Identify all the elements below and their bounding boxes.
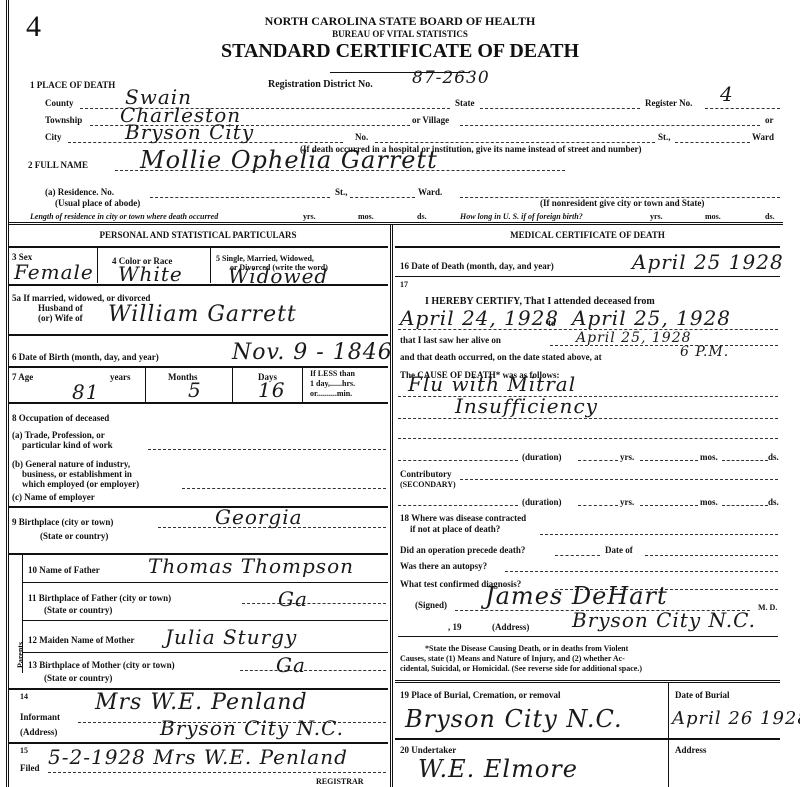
burial-place-value: Bryson City N.C.	[405, 705, 623, 733]
abode-label: (Usual place of abode)	[55, 198, 140, 208]
physician-address: Bryson City N.C.	[572, 608, 756, 632]
mother-name-value: Julia Sturgy	[165, 625, 297, 649]
state-label: State	[455, 98, 475, 108]
left-border	[6, 0, 9, 787]
length-residence-label: Length of residence in city or town wher…	[30, 212, 218, 221]
column-divider	[390, 225, 393, 787]
village-label: or Village	[412, 115, 449, 125]
date-of-death-value: April 25 1928	[632, 250, 784, 274]
medical-section-title: MEDICAL CERTIFICATE OF DEATH	[395, 230, 780, 240]
foreign-birth-label: How long in U. S. if of foreign birth?	[460, 212, 583, 221]
spouse-value: William Garrett	[108, 302, 297, 327]
age-days-value: 16	[258, 378, 285, 402]
st-label: St.,	[658, 132, 671, 142]
full-name-value: Mollie Ophelia Garrett	[140, 146, 438, 174]
filed-value: 5-2-1928 Mrs W.E. Penland	[48, 745, 348, 769]
certificate-title: STANDARD CERTIFICATE OF DEATH	[180, 40, 620, 63]
residence-ward-label: Ward.	[418, 187, 442, 197]
place-of-death-label: 1 PLACE OF DEATH	[30, 80, 115, 90]
residence-label: (a) Residence. No.	[45, 187, 114, 197]
undertaker-value: W.E. Elmore	[418, 755, 578, 783]
occupation-label: 8 Occupation of deceased	[12, 413, 109, 423]
race-value: White	[118, 262, 183, 286]
city-label: City	[45, 132, 62, 142]
township-label: Township	[45, 115, 82, 125]
personal-section-title: PERSONAL AND STATISTICAL PARTICULARS	[8, 230, 388, 240]
age-years-value: 81	[72, 380, 99, 404]
ward-label: Ward	[752, 132, 774, 142]
father-name-value: Thomas Thompson	[148, 554, 354, 578]
informant-value: Mrs W.E. Penland	[95, 690, 308, 715]
date-of-birth-value: Nov. 9 - 1846	[232, 340, 393, 365]
page-number: 4	[26, 10, 41, 44]
city-value: Bryson City	[125, 120, 254, 144]
bureau-heading: BUREAU OF VITAL STATISTICS	[200, 29, 600, 39]
informant-address-value: Bryson City N.C.	[160, 716, 344, 740]
residence-st-label: St.,	[335, 187, 348, 197]
physician-signature: James DeHart	[485, 582, 668, 610]
mother-birthplace-value: Ga	[276, 653, 306, 677]
no-label: No.	[355, 132, 368, 142]
age-months-value: 5	[188, 378, 202, 402]
register-value: 4	[720, 82, 734, 106]
cause-of-death-line-2: Insufficiency	[455, 394, 598, 418]
registration-district-label: Registration District No.	[268, 79, 373, 90]
attended-from-value: April 24, 1928	[400, 306, 559, 330]
county-label: County	[45, 98, 74, 108]
full-name-label: 2 FULL NAME	[28, 160, 88, 170]
birthplace-value: Georgia	[215, 505, 303, 529]
board-heading: NORTH CAROLINA STATE BOARD OF HEALTH	[200, 14, 600, 29]
or-label: or	[765, 115, 774, 125]
nonresident-note: (If nonresident give city or town and St…	[540, 198, 704, 208]
registration-district-value: 87-2630	[412, 68, 490, 88]
last-saw-value: April 25, 1928	[576, 330, 692, 346]
burial-date-value: April 26 1928	[672, 708, 800, 729]
father-birthplace-value: Ga	[278, 587, 308, 611]
attended-to-value: April 25, 1928	[572, 306, 731, 330]
death-time-value: 6 P.M.	[680, 344, 729, 360]
cause-of-death-line-1: Flu with Mitral	[408, 372, 576, 396]
register-label: Register No.	[645, 98, 692, 108]
sex-value: Female	[14, 260, 94, 284]
